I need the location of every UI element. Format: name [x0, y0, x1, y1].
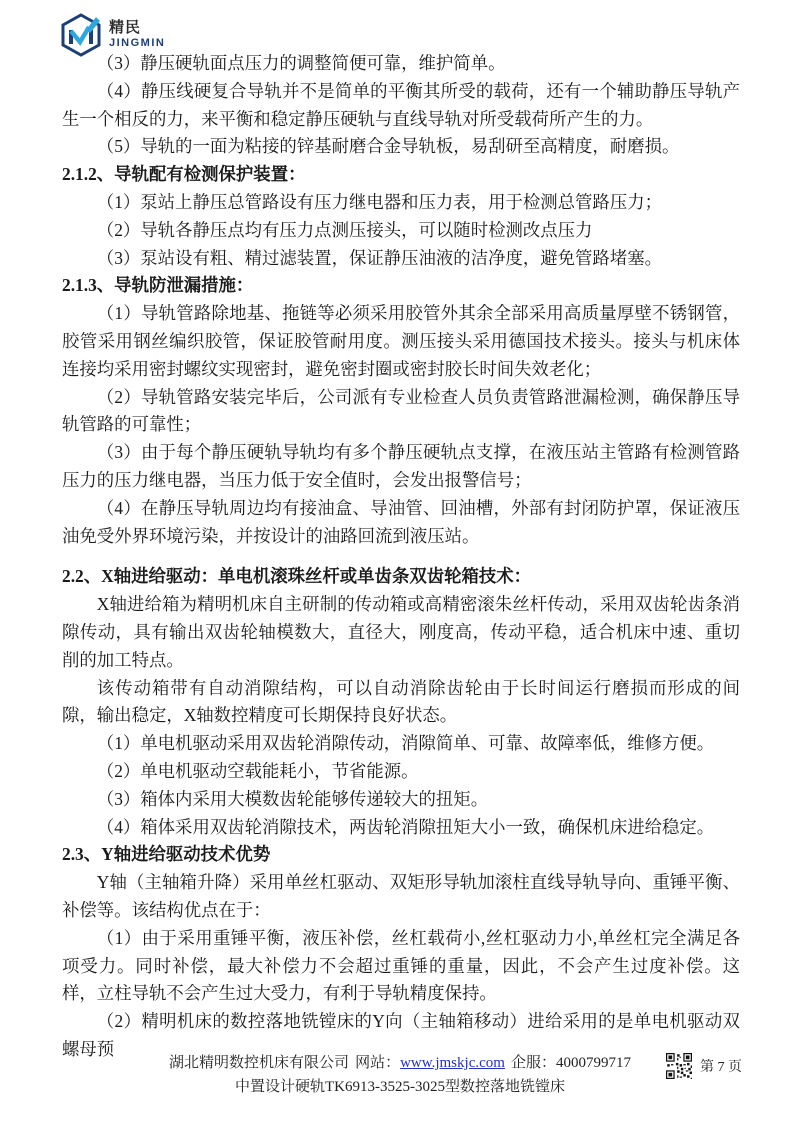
website-link[interactable]: www.jmskjc.com: [400, 1055, 505, 1071]
paragraph: Y轴（主轴箱升降）采用单丝杠驱动、双矩形导轨加滚柱直线导轨导向、重锤平衡、补偿等…: [62, 869, 740, 925]
section-heading: 2.1.3、导轨防泄漏措施：: [62, 272, 740, 300]
logo-text-zh: 精民: [109, 21, 165, 36]
paragraph: （4）静压线硬复合导轨并不是简单的平衡其所受的载荷，还有一个辅助静压导轨产生一个…: [62, 78, 740, 134]
service-phone: 4000799717: [556, 1055, 631, 1071]
footer-company-line: 湖北精明数控机床有限公司网站：www.jmskjc.com企服：40007997…: [90, 1051, 710, 1075]
paragraph: X轴进给箱为精明机床自主研制的传动箱或高精密滚朱丝杆传动，采用双齿轮齿条消隙传动…: [62, 591, 740, 674]
paragraph: （3）箱体内采用大模数齿轮能够传递较大的扭矩。: [62, 786, 740, 814]
qr-code-icon: [666, 1053, 692, 1079]
website-label: 网站：: [355, 1055, 400, 1071]
paragraph: （2）单电机驱动空载能耗小，节省能源。: [62, 758, 740, 786]
paragraph: （1）由于采用重锤平衡，液压补偿，丝杠载荷小,丝杠驱动力小,单丝杠完全满足各项受…: [62, 925, 740, 1008]
page-footer: 湖北精明数控机床有限公司网站：www.jmskjc.com企服：40007997…: [0, 1051, 800, 1099]
paragraph: （1）导轨管路除地基、拖链等必须采用胶管外其余全部采用高质量厚壁不锈钢管，胶管采…: [62, 300, 740, 383]
paragraph: （3）静压硬轨面点压力的调整简便可靠，维护简单。: [62, 50, 740, 78]
paragraph: （1）单电机驱动采用双齿轮消隙传动，消隙简单、可靠、故障率低，维修方便。: [62, 730, 740, 758]
footer-right: 第 7 页: [666, 1053, 742, 1079]
paragraph: （4）在静压导轨周边均有接油盒、导油管、回油槽，外部有封闭防护罩，保证液压油免受…: [62, 495, 740, 551]
section-heading: 2.1.2、导轨配有检测保护装置：: [62, 161, 740, 189]
paragraph: （3）由于每个静压硬轨导轨均有多个静压硬轨点支撑，在液压站主管路有检测管路压力的…: [62, 439, 740, 495]
footer-model-line: 中置设计硬轨TK6913-3525-3025型数控落地铣镗床: [90, 1075, 710, 1099]
section-heading: 2.3、Y轴进给驱动技术优势: [62, 841, 740, 869]
company-name: 湖北精明数控机床有限公司: [169, 1055, 349, 1071]
document-page: 精民 JINGMIN （3）静压硬轨面点压力的调整简便可靠，维护简单。（4）静压…: [0, 0, 800, 1133]
paragraph: （2）导轨各静压点均有压力点测压接头，可以随时检测改点压力: [62, 217, 740, 245]
logo-text: 精民 JINGMIN: [109, 21, 165, 49]
document-body: （3）静压硬轨面点压力的调整简便可靠，维护简单。（4）静压线硬复合导轨并不是简单…: [62, 50, 740, 1064]
paragraph: （2）导轨管路安装完毕后，公司派有专业检查人员负责管路泄漏检测，确保静压导轨管路…: [62, 384, 740, 440]
paragraph: （1）泵站上静压总管路设有压力继电器和压力表，用于检测总管路压力；: [62, 189, 740, 217]
logo-text-en: JINGMIN: [109, 38, 165, 49]
section-heading: 2.2、X轴进给驱动：单电机滚珠丝杆或单齿条双齿轮箱技术：: [62, 563, 740, 591]
paragraph: （3）泵站设有粗、精过滤装置，保证静压油液的洁净度，避免管路堵塞。: [62, 245, 740, 273]
service-label: 企服：: [511, 1055, 556, 1071]
page-number: 第 7 页: [700, 1056, 742, 1076]
paragraph: （5）导轨的一面为粘接的锌基耐磨合金导轨板，易刮研至高精度，耐磨损。: [62, 133, 740, 161]
paragraph: 该传动箱带有自动消隙结构，可以自动消除齿轮由于长时间运行磨损而形成的间隙，输出稳…: [62, 675, 740, 731]
paragraph: （4）箱体采用双齿轮消隙技术，两齿轮消隙扭矩大小一致，确保机床进给稳定。: [62, 814, 740, 842]
